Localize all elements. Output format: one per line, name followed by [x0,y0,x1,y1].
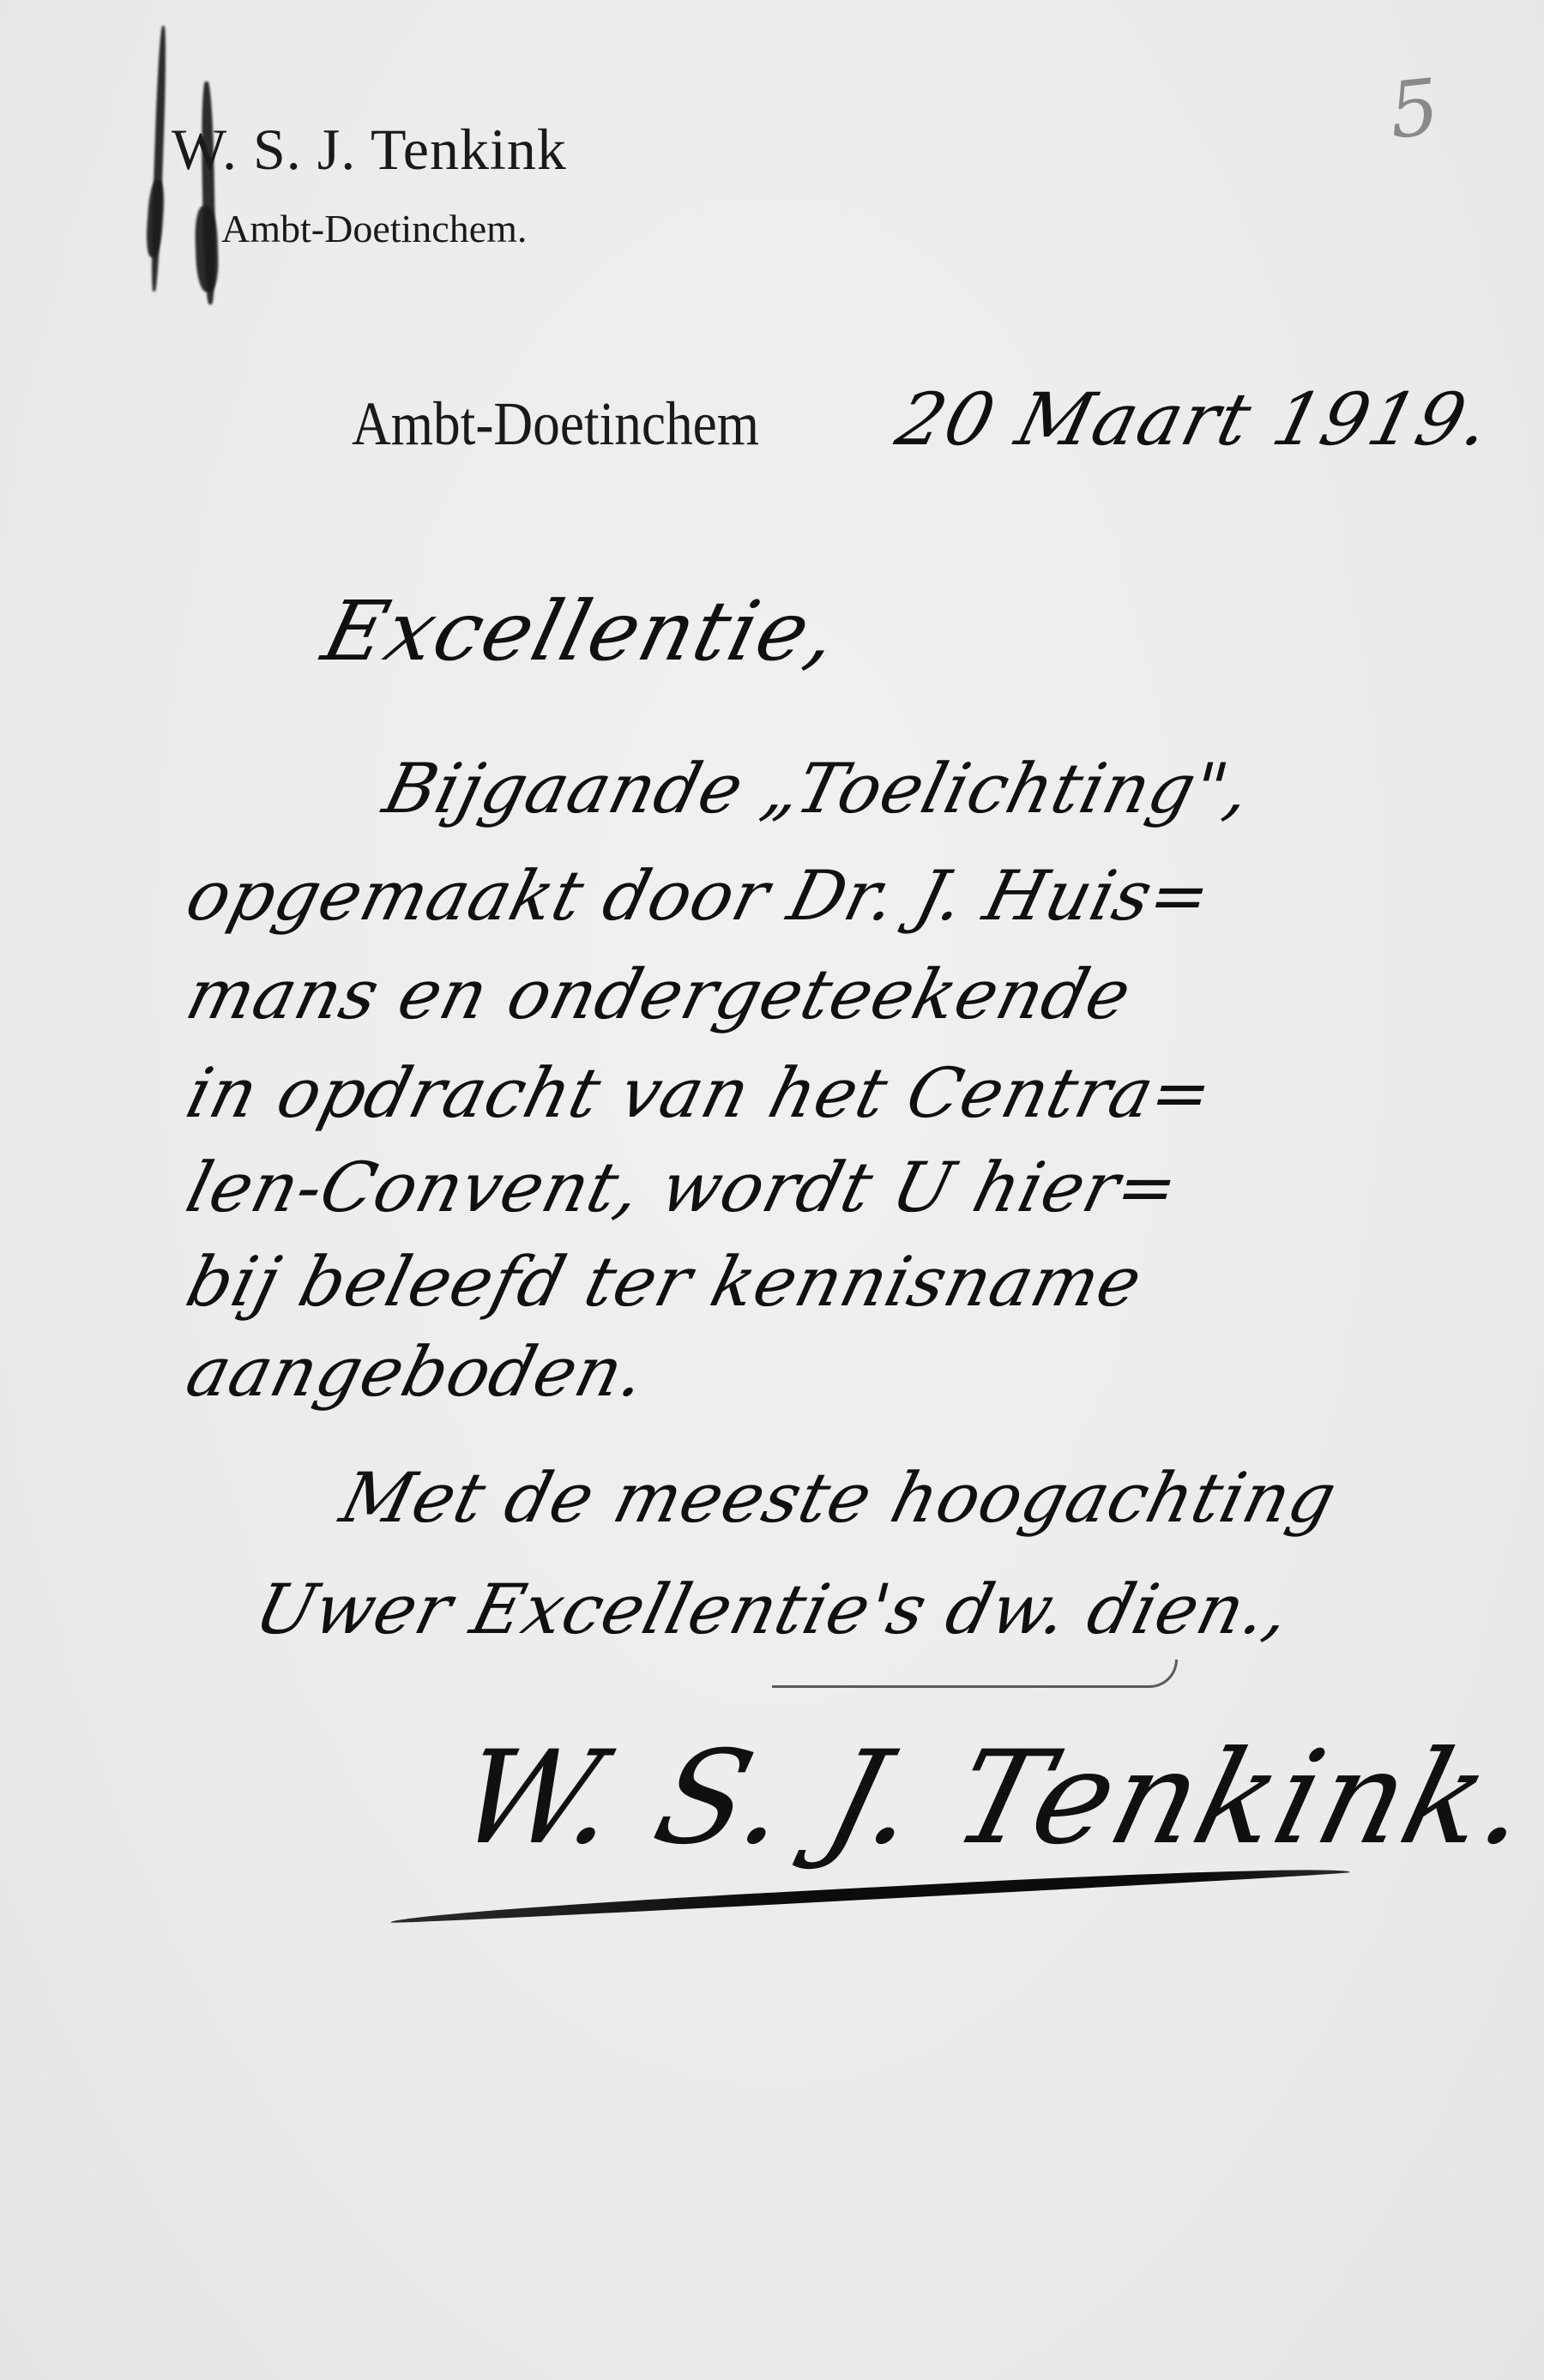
body-line: Bijgaande „Toelichting", [377,755,1258,823]
ink-stroke-mark [194,206,219,292]
salutation: Excellentie, [314,583,848,679]
body-line: opgemaakt door Dr. J. Huis= [180,862,1218,931]
closing-line: Met de meeste hoogachting [333,1458,1344,1538]
ink-stroke-mark [145,179,166,257]
closing-line: Uwer Excellentie's dw. dien., [247,1570,1299,1649]
dateline-date: 20 Maart 1919. [889,377,1500,461]
letterhead-place: Ambt-Doetinchem. [221,206,527,251]
signature: W. S. J. Tenkink. [444,1724,1544,1873]
body-line: len-Convent, wordt U hier= [180,1154,1185,1222]
letter-page: 5 W. S. J. Tenkink Ambt-Doetinchem. Ambt… [0,0,1544,2380]
dateline-place: Ambt-Doetinchem [352,389,805,460]
letterhead-name: W. S. J. Tenkink [172,116,567,184]
body-line: mans en ondergeteekende [180,961,1138,1029]
body-line: in opdracht van het Centra= [180,1059,1219,1128]
body-line: aangeboden. [180,1338,653,1407]
body-line: bij beleefd ter kennisname [180,1248,1149,1317]
pen-flourish [772,1660,1178,1688]
page-number: 5 [1385,62,1444,156]
dateline: Ambt-Doetinchem 20 Maart 1919. [352,377,1490,461]
